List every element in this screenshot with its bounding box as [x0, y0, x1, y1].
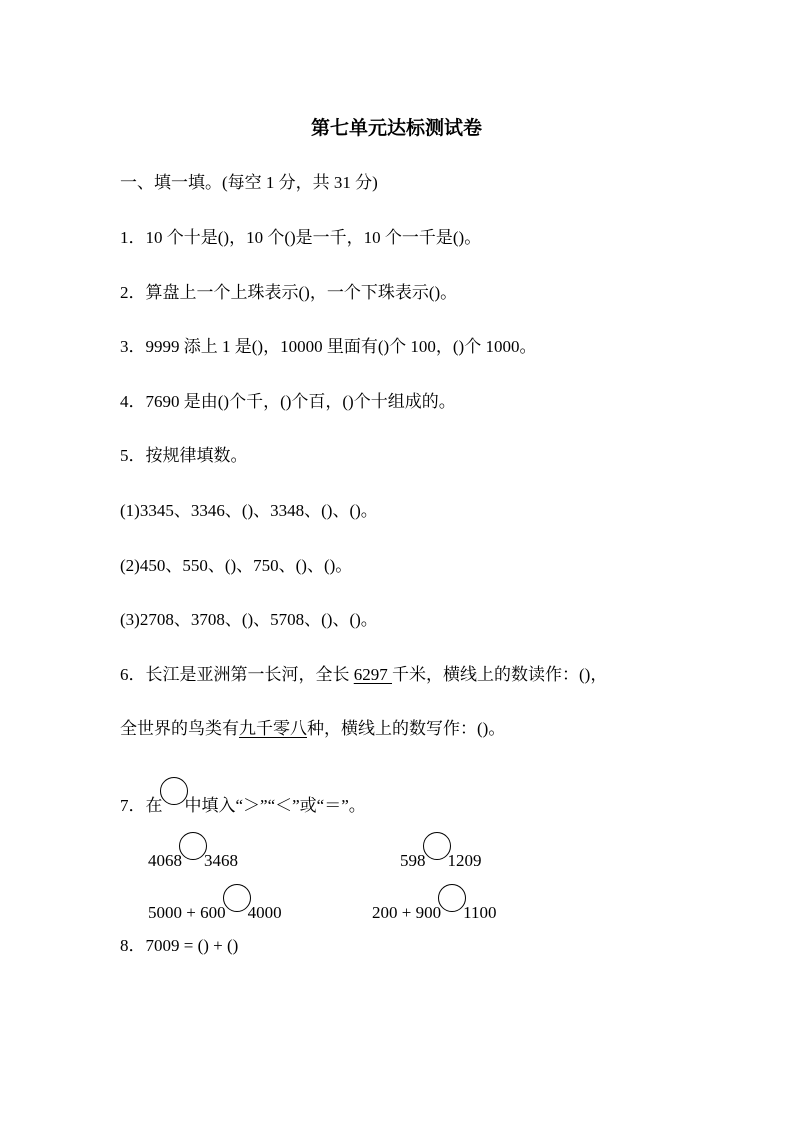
- compare-circle[interactable]: [423, 832, 451, 860]
- q6-underlined-words: 九千零八: [239, 719, 307, 738]
- question-5-sub-1: (1)3345、3346、()、3348、()、()。: [120, 500, 378, 522]
- compare-item-3: 5000 + 6004000: [148, 884, 282, 924]
- compare-left: 5000 + 600: [148, 903, 226, 922]
- compare-circle[interactable]: [223, 884, 251, 912]
- question-7-prompt: 7．在中填入“＞”“＜”或“＝”。: [120, 777, 366, 817]
- page-title: 第七单元达标测试卷: [0, 113, 793, 140]
- compare-right: 4000: [248, 903, 282, 922]
- question-5-sub-3: (3)2708、3708、()、5708、()、()。: [120, 609, 378, 631]
- question-6-line-1: 6．长江是亚洲第一长河，全长 6297 千米，横线上的数读作：()，: [120, 664, 607, 686]
- question-1: 1．10 个十是()，10 个()是一千，10 个一千是()。: [120, 227, 481, 249]
- q7-prompt-post: 中填入“＞”“＜”或“＝”。: [185, 796, 366, 815]
- question-5-sub-2: (2)450、550、()、750、()、()。: [120, 555, 352, 577]
- q6-text-post: 千米，横线上的数读作：()，: [392, 665, 607, 684]
- q7-prompt-pre: 7．在: [120, 796, 163, 815]
- compare-left: 4068: [148, 851, 182, 870]
- section-heading: 一、填一填。(每空 1 分，共 31 分): [120, 172, 378, 194]
- compare-left: 598: [400, 851, 426, 870]
- question-5-prompt: 5．按规律填数。: [120, 445, 248, 467]
- question-4: 4．7690 是由()个千，()个百，()个十组成的。: [120, 391, 456, 413]
- q6-text-pre: 6．长江是亚洲第一长河，全长: [120, 665, 354, 684]
- question-2: 2．算盘上一个上珠表示()，一个下珠表示()。: [120, 282, 457, 304]
- compare-item-1: 40683468: [148, 832, 238, 872]
- compare-left: 200 + 900: [372, 903, 441, 922]
- compare-item-4: 200 + 9001100: [372, 884, 496, 924]
- compare-right: 3468: [204, 851, 238, 870]
- circle-blank-icon: [160, 777, 188, 805]
- compare-right: 1209: [448, 851, 482, 870]
- q6-line2-post: 种，横线上的数写作：()。: [307, 719, 505, 738]
- compare-right: 1100: [463, 903, 496, 922]
- q6-line2-pre: 全世界的鸟类有: [120, 719, 239, 738]
- compare-item-2: 5981209: [400, 832, 482, 872]
- question-8: 8．7009 = () + (): [120, 935, 238, 957]
- question-6-line-2: 全世界的鸟类有九千零八种，横线上的数写作：()。: [120, 718, 505, 740]
- compare-circle[interactable]: [179, 832, 207, 860]
- compare-circle[interactable]: [438, 884, 466, 912]
- q6-underlined-number: 6297: [354, 665, 392, 684]
- question-3: 3．9999 添上 1 是()，10000 里面有()个 100，()个 100…: [120, 336, 536, 358]
